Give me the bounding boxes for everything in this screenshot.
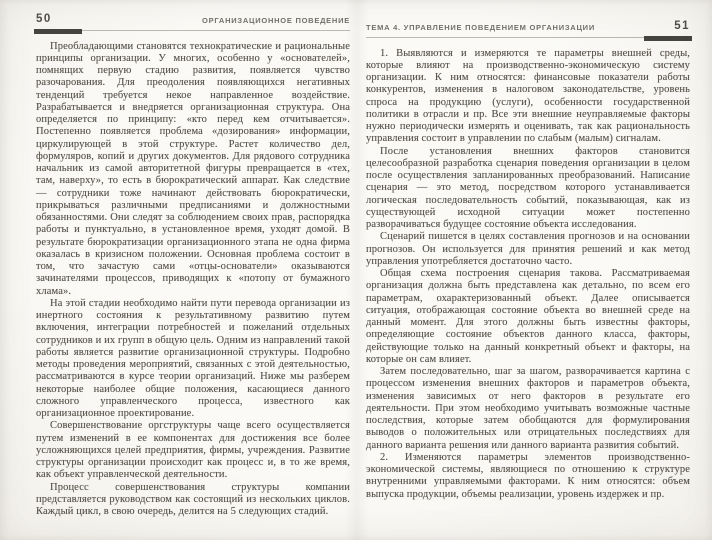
paragraph: Общая схема построения сценария такова. … bbox=[366, 268, 690, 366]
paragraph: Совершенствование оргструктуры чаще всег… bbox=[36, 420, 350, 481]
page-number-underline-block bbox=[644, 36, 692, 41]
page-body-left: Преобладающими становятся технократическ… bbox=[36, 41, 350, 519]
paragraph: На этой стадии необходимо найти пути пер… bbox=[36, 298, 350, 421]
page-number-right: 51 bbox=[674, 21, 690, 33]
page-left: 50 ОРГАНИЗАЦИОННОЕ ПОВЕДЕНИЕ Преобладающ… bbox=[0, 0, 356, 540]
paragraph: 2. Изменяются параметры элементов произв… bbox=[366, 452, 690, 501]
paragraph: Сценарий пишется в целях составления про… bbox=[366, 231, 690, 268]
paragraph: Преобладающими становятся технократическ… bbox=[36, 41, 350, 298]
page-body-right: 1. Выявляются и измеряются те параметры … bbox=[366, 48, 690, 501]
page-header-right: ТЕМА 4. УПРАВЛЕНИЕ ПОВЕДЕНИЕМ ОРГАНИЗАЦИ… bbox=[366, 21, 690, 38]
page-header-left: 50 ОРГАНИЗАЦИОННОЕ ПОВЕДЕНИЕ bbox=[36, 14, 350, 31]
book-spread-scan: 50 ОРГАНИЗАЦИОННОЕ ПОВЕДЕНИЕ Преобладающ… bbox=[0, 0, 712, 540]
paragraph: После установления внешних факторов стан… bbox=[366, 146, 690, 232]
paragraph: 1. Выявляются и измеряются те параметры … bbox=[366, 48, 690, 146]
paragraph: Затем последовательно, шаг за шагом, раз… bbox=[366, 366, 690, 452]
page-number-left: 50 bbox=[36, 14, 52, 26]
page-number-underline-block bbox=[34, 29, 82, 34]
running-title-right: ТЕМА 4. УПРАВЛЕНИЕ ПОВЕДЕНИЕМ ОРГАНИЗАЦИ… bbox=[366, 23, 595, 32]
running-title-left: ОРГАНИЗАЦИОННОЕ ПОВЕДЕНИЕ bbox=[202, 16, 350, 25]
page-right: ТЕМА 4. УПРАВЛЕНИЕ ПОВЕДЕНИЕМ ОРГАНИЗАЦИ… bbox=[356, 0, 712, 540]
paragraph: Процесс совершенствования структуры комп… bbox=[36, 482, 350, 519]
